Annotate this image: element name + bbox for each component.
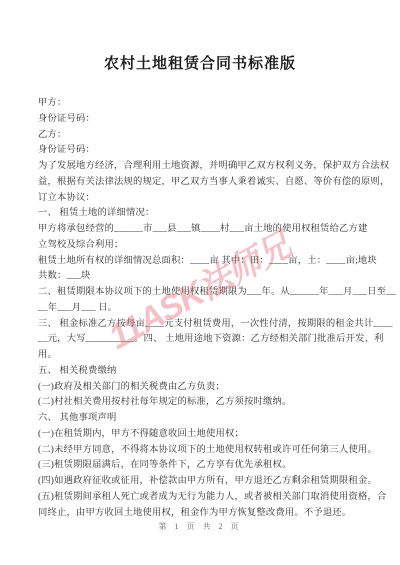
contract-line: 六、 其他事项声明 — [38, 411, 370, 427]
contract-line: 二、租赁期限本协议项下的土地使用权租赁期限为___年。从______年___月_… — [38, 285, 370, 301]
contract-line: __年___月___ 日。 — [38, 301, 370, 317]
contract-line: 租赁土地所有权的详细情况总面积：____亩 其中：田：____亩，土：____亩… — [38, 254, 370, 270]
contract-line: 甲方： — [38, 96, 370, 112]
contract-line: 一、 租赁土地的详细情况： — [38, 206, 370, 222]
contract-line: 订立本协议： — [38, 191, 370, 207]
contract-line: (一)在租赁期内，甲方不得随意收回土地使用权； — [38, 427, 370, 443]
page-title: 农村土地租赁合同书标准版 — [0, 52, 400, 73]
contract-line: 乙方： — [38, 128, 370, 144]
contract-line: 共数：___块 — [38, 269, 370, 285]
contract-line: 五、 相关税费缴纳 — [38, 364, 370, 380]
contract-line: 身份证号码： — [38, 112, 370, 128]
contract-line: 立驾校及综合利用； — [38, 238, 370, 254]
contract-line: 益，根据有关法律法规的规定，甲乙双方当事人秉着诚实、自愿、等价有偿的原则， — [38, 175, 370, 191]
contract-line: 为了发展地方经济，合理利用土地资源，并明确甲乙双方权利义务，保护双方合法权 — [38, 159, 370, 175]
contract-line: (二)村社相关费用按村社每年规定的标准，乙方须按时缴纳。 — [38, 395, 370, 411]
contract-line: (三)租赁期限届满后，在同等条件下，乙方享有优先承租权。 — [38, 458, 370, 474]
contract-line: 身份证号码： — [38, 143, 370, 159]
contract-line: (一)政府及相关部门的相关税费由乙方负责； — [38, 380, 370, 396]
document-page: 11ASK法师兄 农村土地租赁合同书标准版 甲方：身份证号码：乙方：身份证号码：… — [0, 0, 400, 565]
contract-body: 甲方：身份证号码：乙方：身份证号码：为了发展地方经济，合理利用土地资源，并明确甲… — [38, 96, 370, 521]
contract-line: (二)未经甲方同意，不得将本协议项下的土地使用权转租或许可任何第三人使用。 — [38, 443, 370, 459]
contract-line: 甲方将承包经营的______市___县___镇____村___亩土地的使用权租赁… — [38, 222, 370, 238]
contract-line: 用。 — [38, 348, 370, 364]
contract-line: __元，大写__________。四、 土地用途地下资源：乙方经相关部门批准后开… — [38, 332, 370, 348]
contract-line: (五)租赁期间承租人死亡或者成为无行为能力人，或者被相关部门取消使用资格，合 — [38, 490, 370, 506]
contract-line: (四)如遇政府征收或征用，补偿款由甲方所有，甲方退还乙方剩余租赁期限租金。 — [38, 474, 370, 490]
contract-line: 三、 租金标准乙方按每亩____元支付租赁费用，一次性付清，按期限的租金共计__… — [38, 317, 370, 333]
page-footer: 第 1 页 共 2 页 — [0, 521, 400, 532]
contract-line: 同终止，由甲方收回土地使用权，租金作为甲方恢复整改费用。不予退还。 — [38, 506, 370, 522]
